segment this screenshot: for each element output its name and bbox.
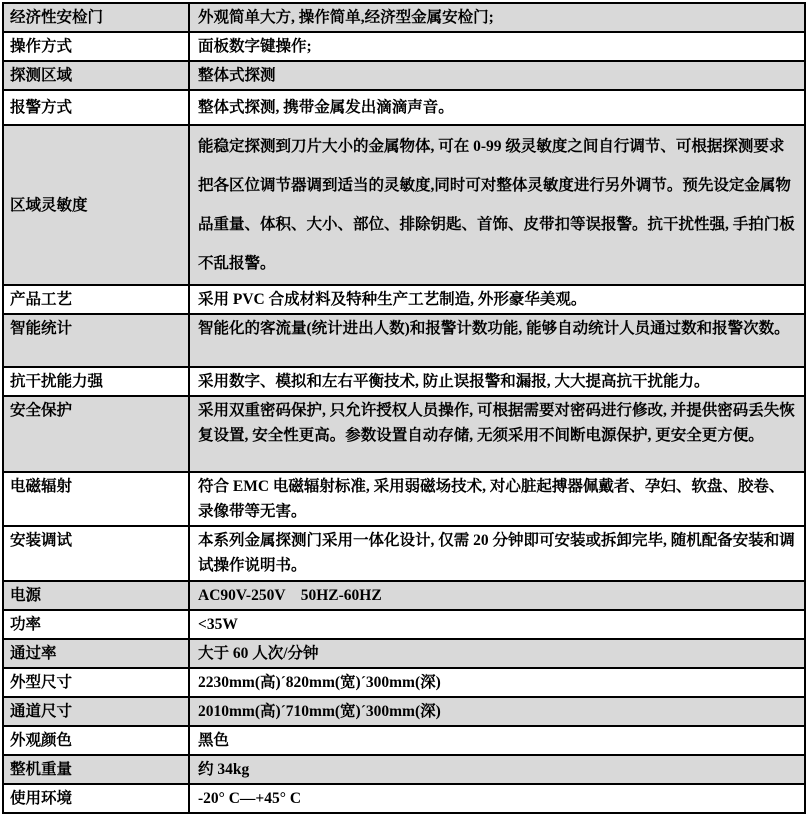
- spec-value-cell: 约 34kg: [189, 755, 805, 784]
- table-row: 产品工艺 采用 PVC 合成材料及特种生产工艺制造, 外形豪华美观。: [3, 285, 805, 314]
- spec-value-cell: 黑色: [189, 726, 805, 755]
- spec-label-cell: 功率: [3, 610, 189, 639]
- spec-value-cell: 大于 60 人次/分钟: [189, 639, 805, 668]
- spec-label-cell: 通过率: [3, 639, 189, 668]
- table-row: 探测区域 整体式探测: [3, 61, 805, 90]
- table-row: 使用环境 -20° C—+45° C: [3, 784, 805, 813]
- table-row: 智能统计 智能化的客流量(统计进出人数)和报警计数功能, 能够自动统计人员通过数…: [3, 314, 805, 367]
- spec-label-cell: 探测区域: [3, 61, 189, 90]
- table-row: 安装调试 本系列金属探测门采用一体化设计, 仅需 20 分钟即可安装或拆卸完毕,…: [3, 526, 805, 581]
- spec-value-cell: 2230mm(高)´820mm(宽)´300mm(深): [189, 668, 805, 697]
- spec-value-cell: 能稳定探测到刀片大小的金属物体, 可在 0-99 级灵敏度之间自行调节、可根据探…: [189, 125, 805, 285]
- table-row: 区域灵敏度 能稳定探测到刀片大小的金属物体, 可在 0-99 级灵敏度之间自行调…: [3, 125, 805, 285]
- table-row: 抗干扰能力强 采用数字、模拟和左右平衡技术, 防止误报警和漏报, 大大提高抗干扰…: [3, 367, 805, 396]
- page: 经济性安检门 外观简单大方, 操作简单,经济型金属安检门; 操作方式 面板数字键…: [0, 0, 808, 826]
- spec-label-cell: 智能统计: [3, 314, 189, 367]
- table-row: 通道尺寸 2010mm(高)´710mm(宽)´300mm(深): [3, 697, 805, 726]
- spec-label-cell: 经济性安检门: [3, 3, 189, 32]
- table-row: 外观颜色 黑色: [3, 726, 805, 755]
- table-row: 通过率 大于 60 人次/分钟: [3, 639, 805, 668]
- table-row: 报警方式 整体式探测, 携带金属发出滴滴声音。: [3, 90, 805, 125]
- spec-label-cell: 操作方式: [3, 32, 189, 61]
- table-row: 经济性安检门 外观简单大方, 操作简单,经济型金属安检门;: [3, 3, 805, 32]
- spec-label-cell: 电磁辐射: [3, 472, 189, 526]
- spec-value-cell: 采用数字、模拟和左右平衡技术, 防止误报警和漏报, 大大提高抗干扰能力。: [189, 367, 805, 396]
- spec-value-cell: 整体式探测, 携带金属发出滴滴声音。: [189, 90, 805, 125]
- table-row: 整机重量 约 34kg: [3, 755, 805, 784]
- spec-value-cell: 符合 EMC 电磁辐射标准, 采用弱磁场技术, 对心脏起搏器佩戴者、孕妇、软盘、…: [189, 472, 805, 526]
- spec-value-cell: 面板数字键操作;: [189, 32, 805, 61]
- spec-value-cell: 采用 PVC 合成材料及特种生产工艺制造, 外形豪华美观。: [189, 285, 805, 314]
- spec-label-cell: 抗干扰能力强: [3, 367, 189, 396]
- spec-value-cell: -20° C—+45° C: [189, 784, 805, 813]
- spec-label-cell: 报警方式: [3, 90, 189, 125]
- spec-value-cell: 本系列金属探测门采用一体化设计, 仅需 20 分钟即可安装或拆卸完毕, 随机配备…: [189, 526, 805, 581]
- spec-value-cell: 2010mm(高)´710mm(宽)´300mm(深): [189, 697, 805, 726]
- spec-label-cell: 通道尺寸: [3, 697, 189, 726]
- spec-label-cell: 整机重量: [3, 755, 189, 784]
- spec-value-cell: 外观简单大方, 操作简单,经济型金属安检门;: [189, 3, 805, 32]
- table-row: 安全保护 采用双重密码保护, 只允许授权人员操作, 可根据需要对密码进行修改, …: [3, 396, 805, 472]
- table-row: 电源 AC90V-250V 50HZ-60HZ: [3, 581, 805, 610]
- spec-label-cell: 使用环境: [3, 784, 189, 813]
- spec-label-cell: 安全保护: [3, 396, 189, 472]
- product-spec-table: 经济性安检门 外观简单大方, 操作简单,经济型金属安检门; 操作方式 面板数字键…: [2, 2, 806, 814]
- spec-label-cell: 外型尺寸: [3, 668, 189, 697]
- spec-value-cell: 整体式探测: [189, 61, 805, 90]
- spec-label-cell: 电源: [3, 581, 189, 610]
- spec-label-cell: 安装调试: [3, 526, 189, 581]
- spec-value-cell: 智能化的客流量(统计进出人数)和报警计数功能, 能够自动统计人员通过数和报警次数…: [189, 314, 805, 367]
- table-row: 功率 <35W: [3, 610, 805, 639]
- spec-label-cell: 产品工艺: [3, 285, 189, 314]
- spec-label-cell: 区域灵敏度: [3, 125, 189, 285]
- spec-label-cell: 外观颜色: [3, 726, 189, 755]
- spec-value-cell: <35W: [189, 610, 805, 639]
- table-row: 操作方式 面板数字键操作;: [3, 32, 805, 61]
- table-row: 电磁辐射 符合 EMC 电磁辐射标准, 采用弱磁场技术, 对心脏起搏器佩戴者、孕…: [3, 472, 805, 526]
- spec-value-cell: AC90V-250V 50HZ-60HZ: [189, 581, 805, 610]
- spec-value-cell: 采用双重密码保护, 只允许授权人员操作, 可根据需要对密码进行修改, 并提供密码…: [189, 396, 805, 472]
- table-row: 外型尺寸 2230mm(高)´820mm(宽)´300mm(深): [3, 668, 805, 697]
